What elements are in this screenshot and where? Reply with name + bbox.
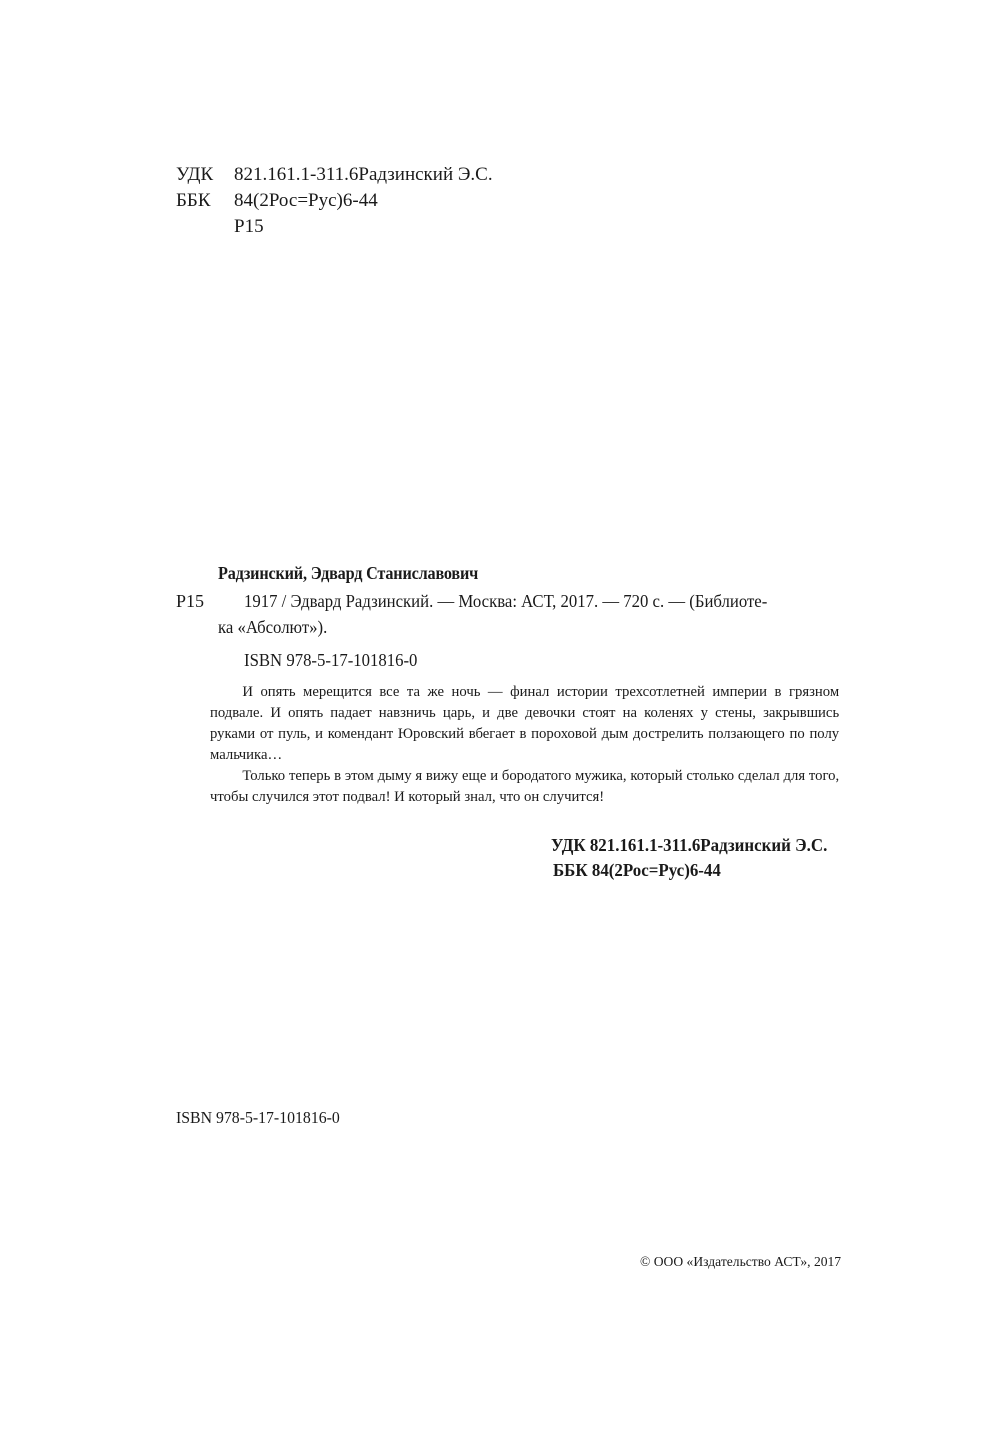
catalog-isbn: ISBN 978-5-17-101816-0 [244,647,417,673]
bbk-label: ББК [176,188,211,214]
author-mark: Р15 [234,214,264,240]
catalog-bbk: ББК 84(2Рос=Рус)6-44 [553,858,721,883]
footer-isbn: ISBN 978-5-17-101816-0 [176,1108,340,1128]
author-heading: Радзинский, Эдвард Станиславович [218,563,478,584]
copyright: © ООО «Издательство АСТ», 2017 [640,1255,841,1271]
bibliographic-description-line2: ка «Абсолют»). [218,614,327,640]
catalog-udk: УДК 821.161.1-311.6Радзинский Э.С. [551,833,827,858]
header-codes: УДК 821.161.1-311.6Радзинский Э.С. ББК 8… [176,162,576,242]
annotation-paragraph: Только теперь в этом дыму я вижу еще и б… [210,766,839,808]
annotation-paragraph: И опять мерещится все та же ночь — финал… [210,682,839,766]
bbk-value: 84(2Рос=Рус)6-44 [234,188,378,214]
bibliographic-description-line1: 1917 / Эдвард Радзинский. — Москва: АСТ,… [244,588,767,614]
udk-label: УДК [176,162,213,188]
catalog-author-mark: Р15 [176,588,204,614]
udk-value: 821.161.1-311.6Радзинский Э.С. [234,162,493,188]
annotation: И опять мерещится все та же ночь — финал… [210,682,839,808]
